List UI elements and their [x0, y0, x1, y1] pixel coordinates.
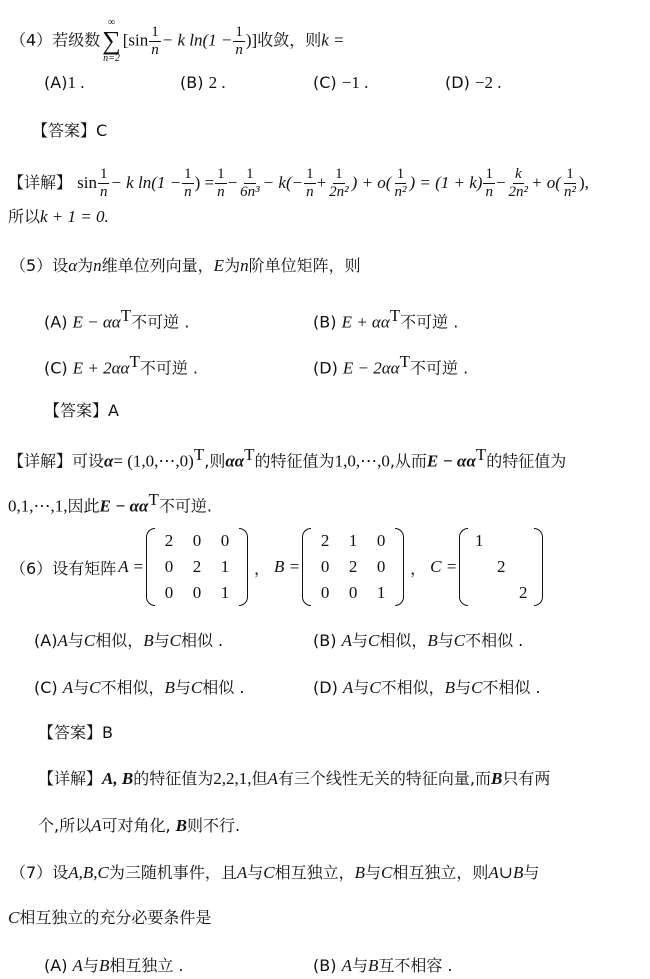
q6-explanation-line2: 个,所以A可对角化, B则不行. — [38, 816, 240, 836]
option-text: 与 — [83, 956, 99, 975]
option-text: 不可逆 . — [140, 358, 198, 377]
math: C — [369, 678, 380, 697]
superscript: T — [476, 445, 486, 464]
numerator: 1 — [215, 166, 227, 184]
matrix-cell: 0 — [311, 583, 339, 603]
math: k + 1 = 0. — [40, 207, 109, 226]
matrix-cell: 2 — [155, 531, 183, 551]
option-label: (C) — [313, 73, 337, 92]
numerator: 1 — [98, 166, 110, 184]
option-text: 不相似， — [101, 678, 165, 697]
numerator: 1 — [395, 166, 407, 184]
math: A — [63, 678, 73, 697]
option-value: −2 . — [475, 73, 502, 92]
math: E + αα — [342, 312, 390, 331]
q7-option-a: (A) A与B相互独立 . — [44, 956, 184, 976]
numerator: 1 — [233, 24, 245, 42]
math: sin — [77, 173, 97, 192]
option-text: 与 — [68, 631, 84, 650]
math: E − αα — [427, 451, 476, 470]
math: C — [368, 631, 379, 650]
stem-text: 与 — [523, 863, 539, 882]
denominator: n² — [562, 184, 578, 201]
math: = (1,0,⋯,0) — [113, 451, 193, 470]
q4-explanation: 【详解】 sin1n− k ln(1 −1n) =1n−16n³− k(−1n+… — [8, 166, 589, 201]
matrix-cell: 1 — [339, 531, 367, 551]
explain-text: 不可逆. — [159, 496, 212, 515]
explain-text: 只有两 — [502, 769, 550, 788]
explain-text: ,从而 — [390, 451, 427, 470]
math: C — [471, 678, 482, 697]
explain-text: 的特征值为 — [255, 451, 335, 470]
math: B — [491, 769, 502, 788]
answer-value: B — [102, 723, 113, 742]
matrix-cell: 0 — [183, 583, 211, 603]
answer-label: 【答案】 — [32, 121, 96, 140]
stem-text: 若级数 — [52, 31, 100, 50]
option-text: 不相似 . — [465, 631, 523, 650]
q7-stem-line2: C相互独立的充分必要条件是 — [8, 908, 211, 928]
option-text: 不可逆 . — [410, 358, 468, 377]
option-text: 与 — [175, 678, 191, 697]
explain-text: 因此 — [68, 496, 100, 515]
q4-answer: 【答案】C — [32, 121, 107, 141]
math: − k ln(1 − — [162, 31, 233, 50]
explain-text: 的特征值为 — [133, 769, 213, 788]
math: E − 2αα — [343, 358, 400, 377]
math: E − αα — [73, 312, 121, 331]
superscript: T — [121, 306, 131, 325]
math: C — [8, 908, 19, 927]
summation: ∞∑n=2 — [102, 17, 121, 65]
fraction: 1n — [149, 24, 161, 59]
matrix-cell: 1 — [211, 557, 239, 577]
option-text: 不可逆 . — [131, 312, 189, 331]
math: B — [176, 816, 187, 835]
fraction: 1n — [182, 166, 194, 201]
option-value: −1 . — [342, 73, 369, 92]
question-number: （4） — [10, 31, 52, 50]
stem-text: 设 — [52, 256, 68, 275]
stem-text: 设有矩阵 — [52, 556, 116, 579]
denominator: n — [182, 184, 194, 201]
option-value: 1 . — [67, 73, 84, 92]
fraction: 16n³ — [238, 166, 262, 201]
option-text: 与 — [352, 956, 368, 975]
stem-text: 为三随机事件，且 — [109, 863, 237, 882]
explain-text: 可对角化, — [101, 816, 170, 835]
q7-option-b: (B) A与B互不相容 . — [313, 956, 453, 976]
math: B — [368, 956, 378, 975]
q4-option-c: (C) −1 . — [313, 73, 368, 93]
math: B — [143, 631, 153, 650]
math: B — [165, 678, 175, 697]
option-text: 互不相容 . — [378, 956, 452, 975]
option-text: 不相似， — [381, 678, 445, 697]
option-label: (D) — [445, 73, 470, 92]
option-text: 与 — [353, 678, 369, 697]
option-text: 相似 . — [202, 678, 244, 697]
option-value: 2 . — [209, 73, 226, 92]
option-text: 不相似 . — [482, 678, 540, 697]
matrix-cell: 2 — [512, 583, 534, 603]
math: C — [84, 631, 95, 650]
matrix-cell: 0 — [367, 531, 395, 551]
sum-lower: n=2 — [103, 53, 120, 65]
q5-option-a: (A) E − ααT不可逆 . — [44, 306, 189, 332]
stem-text: 收敛，则 — [257, 31, 321, 50]
denominator: n — [233, 42, 245, 59]
option-label: (A) — [34, 631, 57, 650]
matrix-cell: 2 — [339, 557, 367, 577]
math: C — [191, 678, 202, 697]
matrix-cell: 0 — [311, 557, 339, 577]
fraction: 12n² — [327, 166, 351, 201]
math: A — [91, 816, 101, 835]
option-label: (B) — [180, 73, 203, 92]
separator: ， — [410, 556, 426, 579]
numerator: 1 — [149, 24, 161, 42]
math: αα — [225, 451, 244, 470]
question-number: （5） — [10, 256, 52, 275]
math: C = — [430, 557, 457, 577]
denominator: 2n² — [507, 184, 531, 201]
answer-label: 【答案】 — [38, 723, 102, 742]
matrix-cell: 0 — [183, 531, 211, 551]
explain-text: ,则 — [204, 451, 225, 470]
numerator: k — [513, 166, 524, 184]
math: C — [263, 863, 274, 882]
denominator: n — [483, 184, 495, 201]
matrix-cell: 2 — [183, 557, 211, 577]
math: A = — [118, 557, 144, 577]
denominator: 2n² — [327, 184, 351, 201]
matrix-b: 210020001 — [302, 528, 404, 606]
q6-explanation: 【详解】A, B的特征值为2,2,1,但A有三个线性无关的特征向量,而B只有两 — [38, 769, 550, 789]
matrix-cell: 1 — [468, 531, 490, 551]
math: E + 2αα — [73, 358, 130, 377]
option-text: 不可逆 . — [400, 312, 458, 331]
math: 0,1,⋯,1, — [8, 496, 68, 515]
question-number: （7） — [10, 863, 52, 882]
q5-option-b: (B) E + ααT不可逆 . — [313, 306, 458, 332]
answer-label: 【答案】 — [44, 401, 108, 420]
q5-option-d: (D) E − 2ααT不可逆 . — [313, 352, 468, 378]
numerator: 1 — [182, 166, 194, 184]
fraction: 1n — [215, 166, 227, 201]
denominator: n — [98, 184, 110, 201]
matrix-cell: 0 — [155, 583, 183, 603]
explain-text: 但 — [251, 769, 267, 788]
q4-option-a: (A)1 . — [44, 73, 84, 93]
q6-stem: （6）设有矩阵 A = 200021001 ， B = 210020001 ， … — [10, 528, 545, 606]
math: A, B — [102, 769, 133, 788]
explain-text: 的特征值为 — [486, 451, 566, 470]
math: [sin — [123, 31, 149, 50]
option-label: (C) — [44, 358, 68, 377]
math: E − αα — [100, 496, 149, 515]
math: − k ln(1 − — [110, 173, 181, 192]
option-label: (D) — [313, 358, 338, 377]
math: 1,0,⋯,0 — [335, 451, 390, 470]
math: A,B,C — [68, 863, 109, 882]
sigma-symbol: ∑ — [102, 29, 121, 53]
math: B — [355, 863, 365, 882]
superscript: T — [194, 445, 204, 464]
denominator: n² — [392, 184, 408, 201]
explain-text: 所以 — [8, 207, 40, 226]
option-text: 相似， — [379, 631, 427, 650]
math: ) + o( — [352, 173, 392, 192]
q4-stem: （4）若级数∞∑n=2[sin1n− k ln(1 −1n)]收敛，则k = — [10, 17, 345, 65]
matrix-cell: 0 — [211, 531, 239, 551]
option-text: 与 — [73, 678, 89, 697]
math: 2,2,1, — [213, 769, 251, 788]
option-text: 与 — [455, 678, 471, 697]
option-text: 与 — [154, 631, 170, 650]
math: A — [342, 956, 352, 975]
math: B — [445, 678, 455, 697]
denominator: n — [215, 184, 227, 201]
separator: ， — [254, 556, 270, 579]
denominator: n — [149, 42, 161, 59]
q6-option-c: (C) A与C不相似，B与C相似 . — [34, 678, 244, 698]
option-label: (A) — [44, 956, 67, 975]
explain-text: 有三个线性无关的特征向量,而 — [278, 769, 491, 788]
option-label: (A) — [44, 73, 67, 92]
q7-stem: （7）设A,B,C为三随机事件，且A与C相互独立，B与C相互独立，则A∪B与 — [10, 863, 539, 883]
answer-value: C — [96, 121, 107, 140]
explain-label: 【详解】 — [8, 173, 72, 192]
fraction: k2n² — [507, 166, 531, 201]
math: k = — [321, 31, 344, 50]
explain-label: 【详解】 — [8, 451, 72, 470]
fraction: 1n² — [392, 166, 408, 201]
matrix-a: 200021001 — [146, 528, 248, 606]
explain-text: 则不行. — [187, 816, 240, 835]
option-label: (C) — [34, 678, 58, 697]
q6-answer: 【答案】B — [38, 723, 113, 743]
matrix-c: 122 — [459, 528, 543, 606]
math: C — [89, 678, 100, 697]
math: A — [267, 769, 277, 788]
stem-text: 相互独立， — [275, 863, 355, 882]
matrix-cell: 2 — [490, 557, 512, 577]
stem-text: 阶单位矩阵，则 — [249, 256, 361, 275]
stem-text: 为 — [77, 256, 93, 275]
math: C — [170, 631, 181, 650]
option-label: (B) — [313, 956, 336, 975]
math: + — [317, 173, 327, 192]
math: A — [57, 631, 67, 650]
math: − k(− — [263, 173, 303, 192]
q6-option-b: (B) A与C相似，B与C不相似 . — [313, 631, 523, 651]
denominator: 6n³ — [238, 184, 262, 201]
numerator: 1 — [244, 166, 256, 184]
question-number: （6） — [10, 556, 52, 579]
explain-text: 可设 — [72, 451, 104, 470]
option-text: 相似 . — [181, 631, 223, 650]
option-label: (D) — [313, 678, 338, 697]
q5-stem: （5）设α为n维单位列向量，E为n阶单位矩阵，则 — [10, 256, 361, 276]
math: ) = (1 + k) — [409, 173, 482, 192]
math: A — [73, 956, 83, 975]
stem-text: 设 — [52, 863, 68, 882]
matrix-cell: 1 — [211, 583, 239, 603]
superscript: T — [148, 490, 158, 509]
math: B — [427, 631, 437, 650]
superscript: T — [390, 306, 400, 325]
option-text: 与 — [352, 631, 368, 650]
option-text: 与 — [438, 631, 454, 650]
numerator: 1 — [483, 166, 495, 184]
q4-option-b: (B) 2 . — [180, 73, 226, 93]
math: ), — [579, 173, 589, 192]
denominator: n — [304, 184, 316, 201]
math: B = — [274, 557, 300, 577]
q6-option-a: (A)A与C相似，B与C相似 . — [34, 631, 223, 651]
stem-text: 与 — [247, 863, 263, 882]
explain-text: 个,所以 — [38, 816, 91, 835]
stem-text: 相互独立的充分必要条件是 — [19, 908, 211, 927]
math: C — [454, 631, 465, 650]
matrix-cell: 0 — [155, 557, 183, 577]
matrix-cell: 0 — [367, 557, 395, 577]
math: A∪B — [488, 863, 523, 882]
q6-option-d: (D) A与C不相似，B与C不相似 . — [313, 678, 541, 698]
q4-explanation-line2: 所以k + 1 = 0. — [8, 207, 109, 227]
fraction: 1n — [483, 166, 495, 201]
fraction: 1n — [233, 24, 245, 59]
math: A — [237, 863, 247, 882]
q4-option-d: (D) −2 . — [445, 73, 502, 93]
math: )] — [246, 31, 257, 50]
fraction: 1n² — [562, 166, 578, 201]
option-label: (B) — [313, 631, 336, 650]
fraction: 1n — [304, 166, 316, 201]
option-text: 相似， — [95, 631, 143, 650]
option-label: (B) — [313, 312, 336, 331]
numerator: 1 — [333, 166, 345, 184]
q5-explanation: 【详解】可设α= (1,0,⋯,0)T,则ααT的特征值为1,0,⋯,0,从而E… — [8, 445, 566, 471]
math: n — [240, 256, 249, 275]
superscript: T — [129, 352, 139, 371]
stem-text: 与 — [365, 863, 381, 882]
math: A — [342, 631, 352, 650]
math: α — [68, 256, 77, 275]
matrix-cell: 0 — [339, 583, 367, 603]
fraction: 1n — [98, 166, 110, 201]
stem-text: 维单位列向量， — [102, 256, 214, 275]
option-label: (A) — [44, 312, 67, 331]
math: A — [343, 678, 353, 697]
stem-text: 为 — [224, 256, 240, 275]
matrix-cell: 1 — [367, 583, 395, 603]
matrix-cell: 2 — [311, 531, 339, 551]
explain-label: 【详解】 — [38, 769, 102, 788]
math: n — [93, 256, 102, 275]
superscript: T — [244, 445, 254, 464]
numerator: 1 — [564, 166, 576, 184]
math: B — [99, 956, 109, 975]
q5-option-c: (C) E + 2ααT不可逆 . — [44, 352, 198, 378]
q5-answer: 【答案】A — [44, 401, 119, 421]
answer-value: A — [108, 401, 119, 420]
math: ) = — [195, 173, 215, 192]
stem-text: 相互独立，则 — [392, 863, 488, 882]
numerator: 1 — [304, 166, 316, 184]
math: C — [381, 863, 392, 882]
option-text: 相互独立 . — [109, 956, 183, 975]
superscript: T — [400, 352, 410, 371]
q5-explanation-line2: 0,1,⋯,1,因此E − ααT不可逆. — [8, 490, 212, 516]
math: E — [214, 256, 224, 275]
